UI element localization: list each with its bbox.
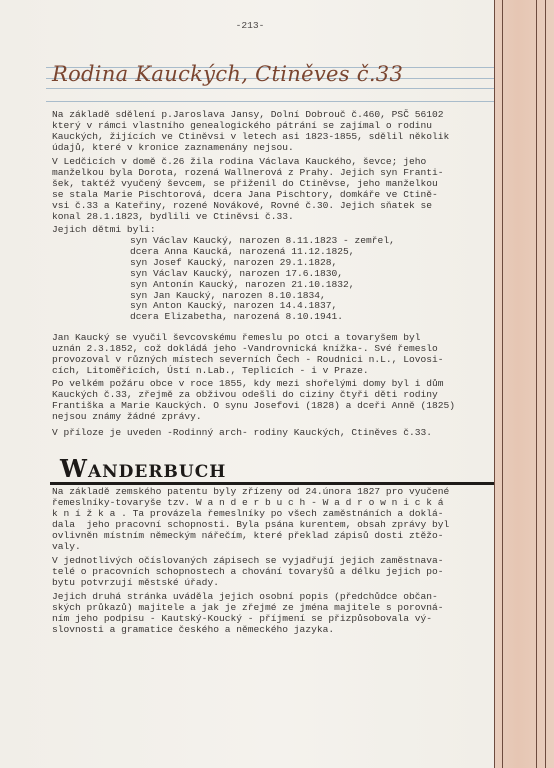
paragraph-patent: Na základě zemského patentu byly zřízeny…: [52, 487, 449, 552]
stripe-line: [536, 0, 537, 768]
paragraph-jan: Jan Kaucký se vyučil ševcovskému řemeslu…: [52, 333, 444, 377]
ruled-line: [46, 88, 500, 89]
paragraph-attachment: V příloze je uveden -Rodinný arch- rodin…: [52, 428, 432, 439]
stripe-line: [494, 0, 495, 768]
section-heading-wanderbuch: Wanderbuch: [60, 454, 226, 483]
paragraph-description: Jejich druhá stránka uváděla jejich osob…: [52, 592, 444, 636]
stripe-line: [545, 0, 546, 768]
document-page: -213- Rodina Kauckých, Ctiněves č.33 Na …: [0, 0, 554, 768]
paragraph-records: V jednotlivých očíslovaných zápisech se …: [52, 556, 444, 589]
paragraph-family: V Ledčicích v domě č.26 žila rodina Václ…: [52, 157, 444, 222]
page-heading: Rodina Kauckých, Ctiněves č.33: [52, 62, 403, 86]
children-list: syn Václav Kaucký, narozen 8.11.1823 - z…: [130, 236, 395, 323]
page-number: -213-: [0, 20, 500, 31]
paragraph-intro: Na základě sdělení p.Jaroslava Jansy, Do…: [52, 110, 449, 154]
stripe-line: [502, 0, 503, 768]
paragraph-fire: Po velkém požáru obce v roce 1855, kdy m…: [52, 379, 455, 423]
section-underline: [50, 482, 500, 485]
ruled-line: [46, 101, 500, 102]
